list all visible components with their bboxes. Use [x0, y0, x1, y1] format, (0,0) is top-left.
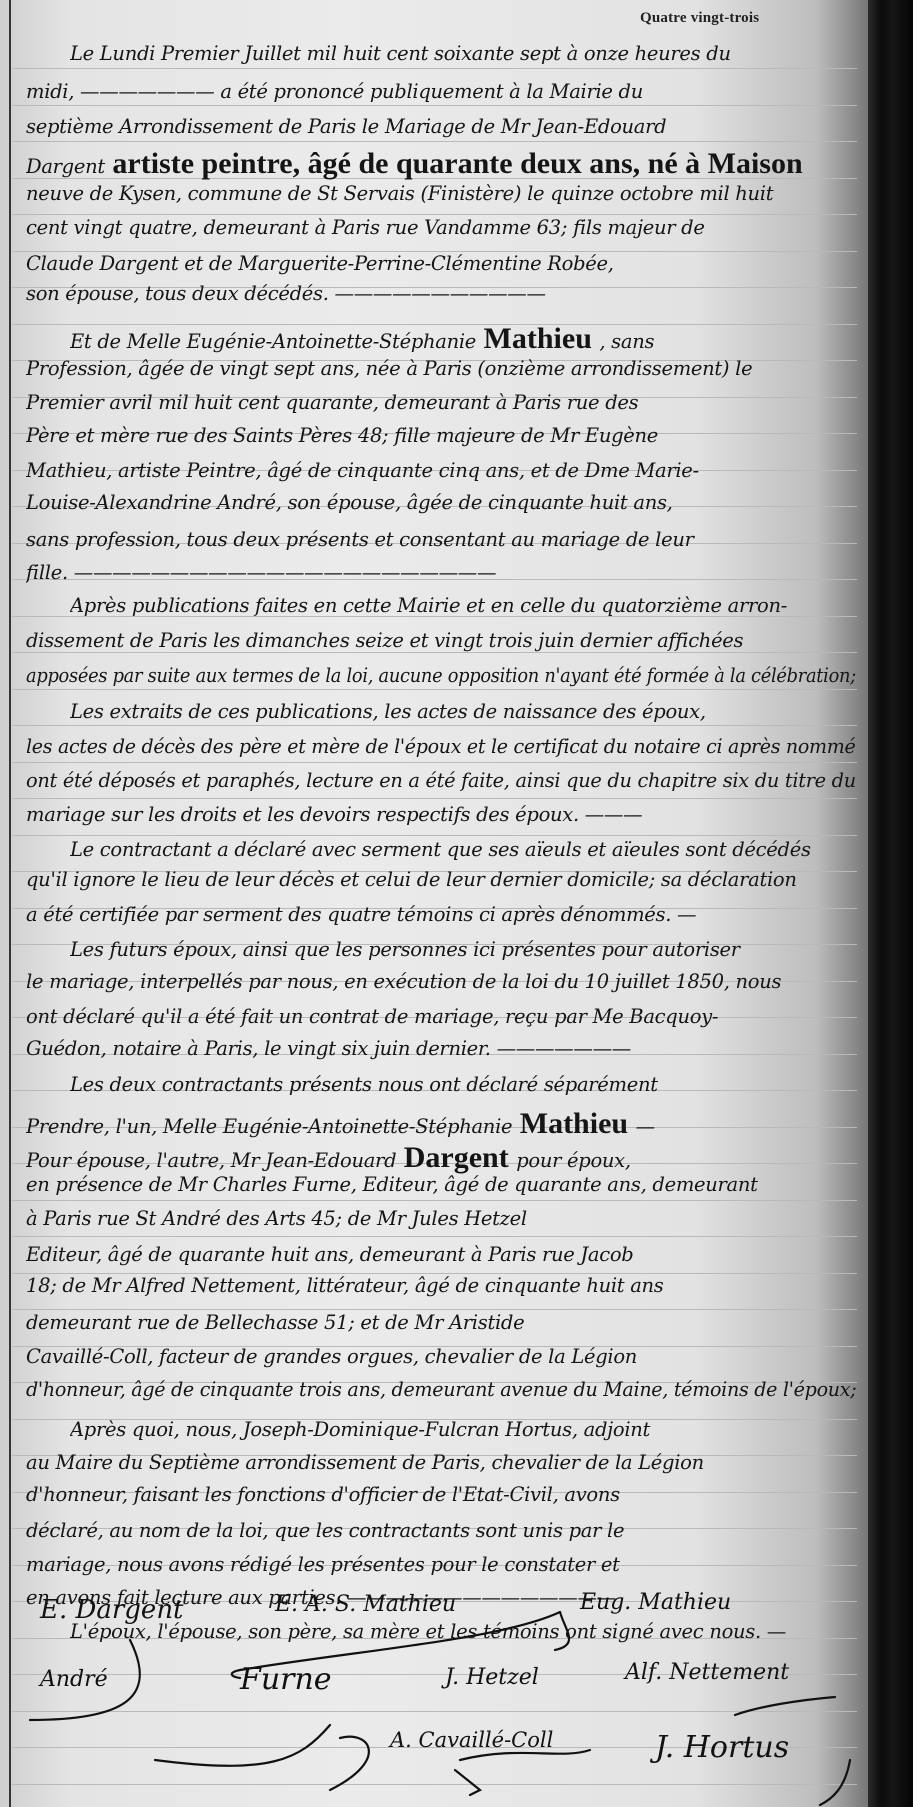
- register-page: Quatre vingt-trois Le Lundi Premier Juil…: [0, 0, 868, 1807]
- signature-flourishes: [0, 0, 868, 1807]
- book-binding-gutter: [868, 0, 913, 1807]
